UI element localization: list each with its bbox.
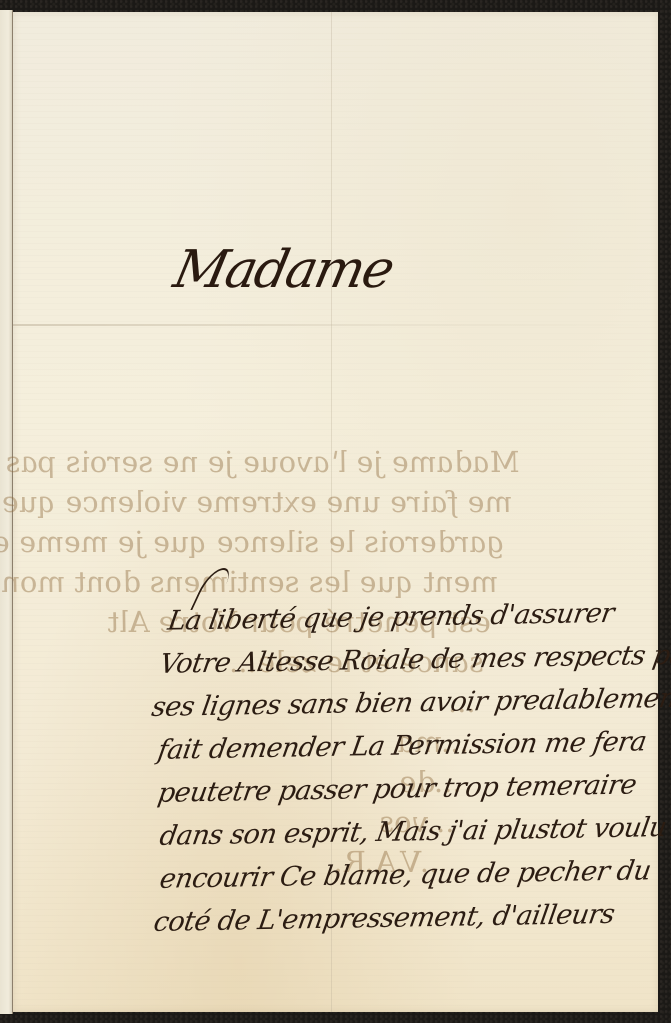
salutation: Madame — [169, 240, 398, 300]
horizontal-fold-line — [13, 324, 658, 326]
bleed-line: garderois le silence que je meme engage — [2, 522, 509, 562]
letter-body: La liberté que je prends d'assurer Votre… — [150, 600, 650, 944]
bleed-line: me faire une extreme violence que je — [9, 482, 516, 522]
body-line: coté de L'empressement, d'ailleurs — [147, 892, 655, 944]
bleed-line: Madame je l'avoue je ne serois pas par — [16, 442, 523, 482]
